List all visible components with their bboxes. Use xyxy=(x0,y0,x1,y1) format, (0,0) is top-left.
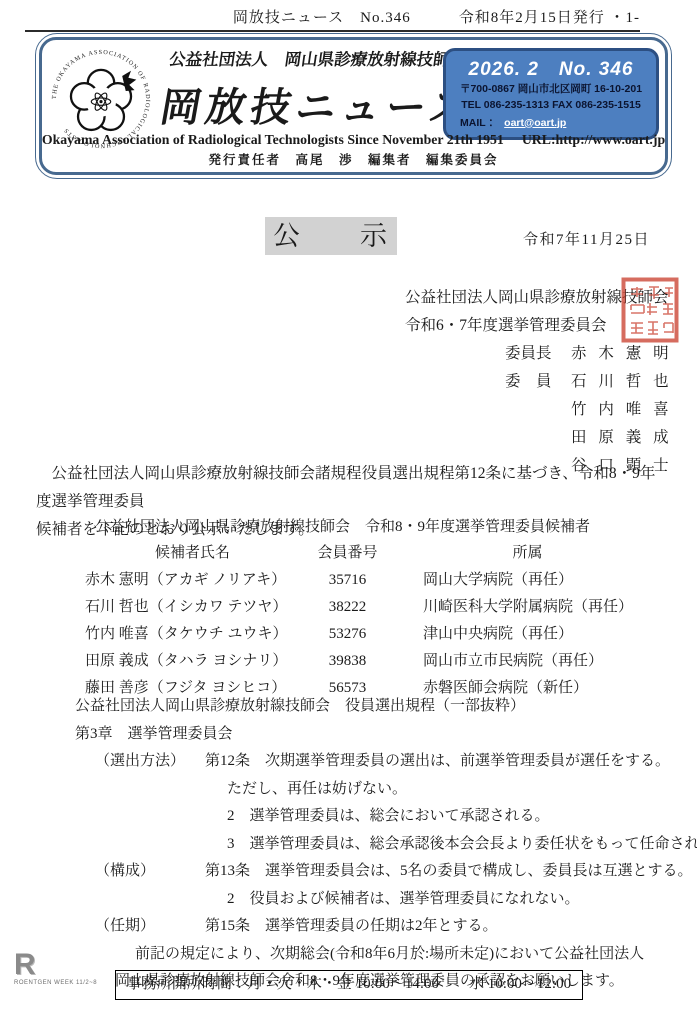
english-subtitle-row: Okayama Association of Radiological Tech… xyxy=(42,132,665,148)
regulation-row: 3 選挙管理委員は、総会承認後本会会長より委任状をもって任命される。 xyxy=(75,831,675,859)
candidate-number: 39838 xyxy=(300,648,395,675)
member-name: 田 原 義 成 xyxy=(571,424,673,452)
publisher-line: 発行責任者 高尾 渉 編集者 編集委員会 xyxy=(42,150,665,168)
regulation-label: （任期） xyxy=(75,913,185,941)
regulation-row: 2 選挙管理委員は、総会において承認される。 xyxy=(75,803,675,831)
member-name: 竹 内 唯 喜 xyxy=(571,396,673,424)
col-header-affiliation: 所属 xyxy=(395,540,660,567)
col-header-number: 会員番号 xyxy=(300,540,395,567)
official-seal-stamp-icon xyxy=(621,277,679,343)
roentgen-week-label: ROENTGEN WEEK 11/2~8 xyxy=(14,980,104,986)
masthead: 岡放技ニュース No.346 令和8年2月15日発行 ・1- xyxy=(25,6,640,32)
candidate-affiliation: 岡山大学病院（再任） xyxy=(395,567,660,594)
tel-fax: TEL 086-235-1313 FAX 086-235-1515 xyxy=(446,97,656,113)
member-name: 赤 木 憲 明 xyxy=(571,340,673,368)
committee-row: 田 原 義 成 xyxy=(505,424,673,452)
masthead-title: 岡放技ニュース No.346 xyxy=(233,6,411,27)
regulation-text: 2 選挙管理委員は、総会において承認される。 xyxy=(185,803,550,831)
header-inner-frame: THE OKAYAMA ASSOCIATION OF RADIOLOGICAL … xyxy=(39,37,668,175)
regulations-section: 公益社団法人岡山県診療放射線技師会 役員選出規程（一部抜粋） 第3章 選挙管理委… xyxy=(75,693,675,996)
col-header-name: 候補者氏名 xyxy=(85,540,300,567)
regulation-row: 2 役員および候補者は、選挙管理委員になれない。 xyxy=(75,886,675,914)
roentgen-week-logo: R ROENTGEN WEEK 11/2~8 xyxy=(14,950,104,986)
org-name: 公益社団法人 岡山県診療放射線技師会 xyxy=(156,46,479,70)
notice-date: 令和7年11月25日 xyxy=(523,228,650,249)
candidate-table: 候補者氏名 会員番号 所属 赤木 憲明（アカギ ノリアキ） 35716 岡山大学… xyxy=(85,540,660,702)
mail-row: MAIL：oart@oart.jp xyxy=(446,115,656,130)
mail-link[interactable]: oart@oart.jp xyxy=(504,117,566,129)
regulation-text: 2 役員および候補者は、選挙管理委員になれない。 xyxy=(185,886,580,914)
committee-row: 竹 内 唯 喜 xyxy=(505,396,673,424)
regulations-heading: 公益社団法人岡山県診療放射線技師会 役員選出規程（一部抜粋） xyxy=(75,693,675,721)
header-title-block: 公益社団法人 岡山県診療放射線技師会 岡放技ニュース xyxy=(158,46,478,133)
english-association-name: Okayama Association of Radiological Tech… xyxy=(42,132,504,148)
candidate-number: 53276 xyxy=(300,621,395,648)
office-address: 〒700-0867 岡山市北区岡町 16-10-201 xyxy=(446,81,656,97)
regulation-row: ただし、再任は妨げない。 xyxy=(75,776,675,804)
office-hours-box: 事務所開所時間：月・火・木・金 10:00～14:00 水 10:00～12:0… xyxy=(115,970,583,1000)
header-box: THE OKAYAMA ASSOCIATION OF RADIOLOGICAL … xyxy=(35,33,672,179)
candidate-name: 竹内 唯喜（タケウチ ユウキ） xyxy=(85,621,300,648)
committee-row: 委員長 赤 木 憲 明 xyxy=(505,340,673,368)
candidate-section: 公益社団法人岡山県診療放射線技師会 令和8・9年度選挙管理委員候補者 候補者氏名… xyxy=(85,515,660,702)
closing-line: 前記の規定により、次期総会(令和8年6月於:場所未定)において公益社団法人 xyxy=(135,941,675,969)
roentgen-r-icon: R xyxy=(14,950,104,980)
regulation-label: （構成） xyxy=(75,858,185,886)
regulation-row: （選出方法） 第12条 次期選挙管理委員の選出は、前選挙管理委員が選任をする。 xyxy=(75,748,675,776)
site-url: URL:http://www.oart.jp xyxy=(522,132,665,148)
candidate-heading: 公益社団法人岡山県診療放射線技師会 令和8・9年度選挙管理委員候補者 xyxy=(95,515,660,536)
candidate-affiliation: 津山中央病院（再任） xyxy=(395,621,660,648)
regulation-text: 3 選挙管理委員は、総会承認後本会会長より委任状をもって任命される。 xyxy=(185,831,697,859)
regulation-text: 第15条 選挙管理委員の任期は2年とする。 xyxy=(185,913,498,941)
newsletter-title: 岡放技ニュース xyxy=(153,76,483,133)
issue-info-box: 2026. 2 No. 346 〒700-0867 岡山市北区岡町 16-10-… xyxy=(443,48,659,140)
body-line: 公益社団法人岡山県診療放射線技師会諸規程役員選出規程第12条に基づき、令和8・9… xyxy=(36,460,668,516)
regulation-row: （任期） 第15条 選挙管理委員の任期は2年とする。 xyxy=(75,913,675,941)
candidate-affiliation: 川崎医科大学附属病院（再任） xyxy=(395,594,660,621)
candidate-affiliation: 岡山市立市民病院（再任） xyxy=(395,648,660,675)
regulation-text: 第13条 選挙管理委員会は、5名の委員で構成し、委員長は互選とする。 xyxy=(185,858,693,886)
member-name: 石 川 哲 也 xyxy=(571,368,673,396)
regulation-row: （構成） 第13条 選挙管理委員会は、5名の委員で構成し、委員長は互選とする。 xyxy=(75,858,675,886)
regulation-text: 第12条 次期選挙管理委員の選出は、前選挙管理委員が選任をする。 xyxy=(185,748,670,776)
candidate-name: 赤木 憲明（アカギ ノリアキ） xyxy=(85,567,300,594)
candidate-name: 石川 哲也（イシカワ テツヤ） xyxy=(85,594,300,621)
regulation-text: ただし、再任は妨げない。 xyxy=(185,776,407,804)
committee-members: 委員長 赤 木 憲 明 委 員 石 川 哲 也 竹 内 唯 喜 田 原 義 成 … xyxy=(505,340,673,480)
issue-number: 2026. 2 No. 346 xyxy=(446,54,656,81)
mail-label: MAIL： xyxy=(460,117,496,129)
regulation-label: （選出方法） xyxy=(75,748,185,776)
role-label: 委 員 xyxy=(505,368,557,396)
candidate-name: 田原 義成（タハラ ヨシナリ） xyxy=(85,648,300,675)
role-label: 委員長 xyxy=(505,340,557,368)
committee-row: 委 員 石 川 哲 也 xyxy=(505,368,673,396)
regulations-chapter: 第3章 選挙管理委員会 xyxy=(75,721,675,749)
candidate-number: 38222 xyxy=(300,594,395,621)
newsletter-page: 岡放技ニュース No.346 令和8年2月15日発行 ・1- THE OKAYA… xyxy=(0,0,697,1024)
masthead-issue-date: 令和8年2月15日発行 ・1- xyxy=(459,6,640,27)
notice-title: 公 示 xyxy=(265,217,397,255)
candidate-number: 35716 xyxy=(300,567,395,594)
